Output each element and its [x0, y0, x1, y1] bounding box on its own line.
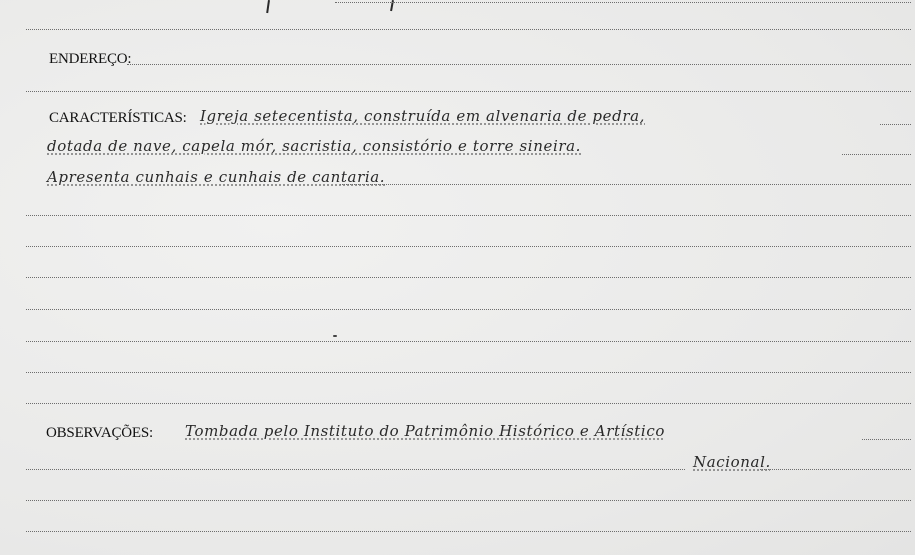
characteristics-text-line-3: Apresenta cunhais e cunhais de cantaria.: [47, 170, 385, 185]
ruled-line: [335, 2, 911, 3]
ruled-line: [26, 531, 911, 532]
ruled-line: [26, 29, 911, 30]
ruled-line: [842, 154, 911, 155]
ruled-line: [880, 124, 911, 125]
ruled-line: [26, 469, 685, 470]
ruled-line: [26, 341, 911, 342]
ruled-line: [26, 309, 911, 310]
ruled-line: [26, 246, 911, 247]
handwriting-fragment: [266, 0, 269, 13]
ruled-line: [26, 91, 911, 92]
address-label: ENDEREÇO:: [49, 52, 131, 67]
ruled-line: [26, 215, 911, 216]
ink-speck: [333, 335, 337, 337]
ruled-line: [26, 403, 911, 404]
ruled-line: [760, 469, 911, 470]
ruled-line: [862, 439, 911, 440]
characteristics-text-line-2: dotada de nave, capela mór, sacristia, c…: [47, 139, 581, 154]
address-field-line[interactable]: [127, 64, 911, 65]
ruled-line: [26, 500, 911, 501]
characteristics-label: CARACTERÍSTICAS:: [49, 111, 187, 126]
observations-text-line-1: Tombada pelo Instituto do Patrimônio His…: [185, 424, 665, 439]
characteristics-text-line-1: Igreja setecentista, construída em alven…: [200, 109, 645, 124]
observations-label: OBSERVAÇÕES:: [46, 426, 153, 441]
ruled-line: [26, 277, 911, 278]
form-page: ENDEREÇO: CARACTERÍSTICAS: Igreja setece…: [0, 0, 915, 555]
ruled-line: [26, 372, 911, 373]
ruled-line: [340, 184, 911, 185]
observations-text-line-2: Nacional.: [693, 455, 771, 470]
